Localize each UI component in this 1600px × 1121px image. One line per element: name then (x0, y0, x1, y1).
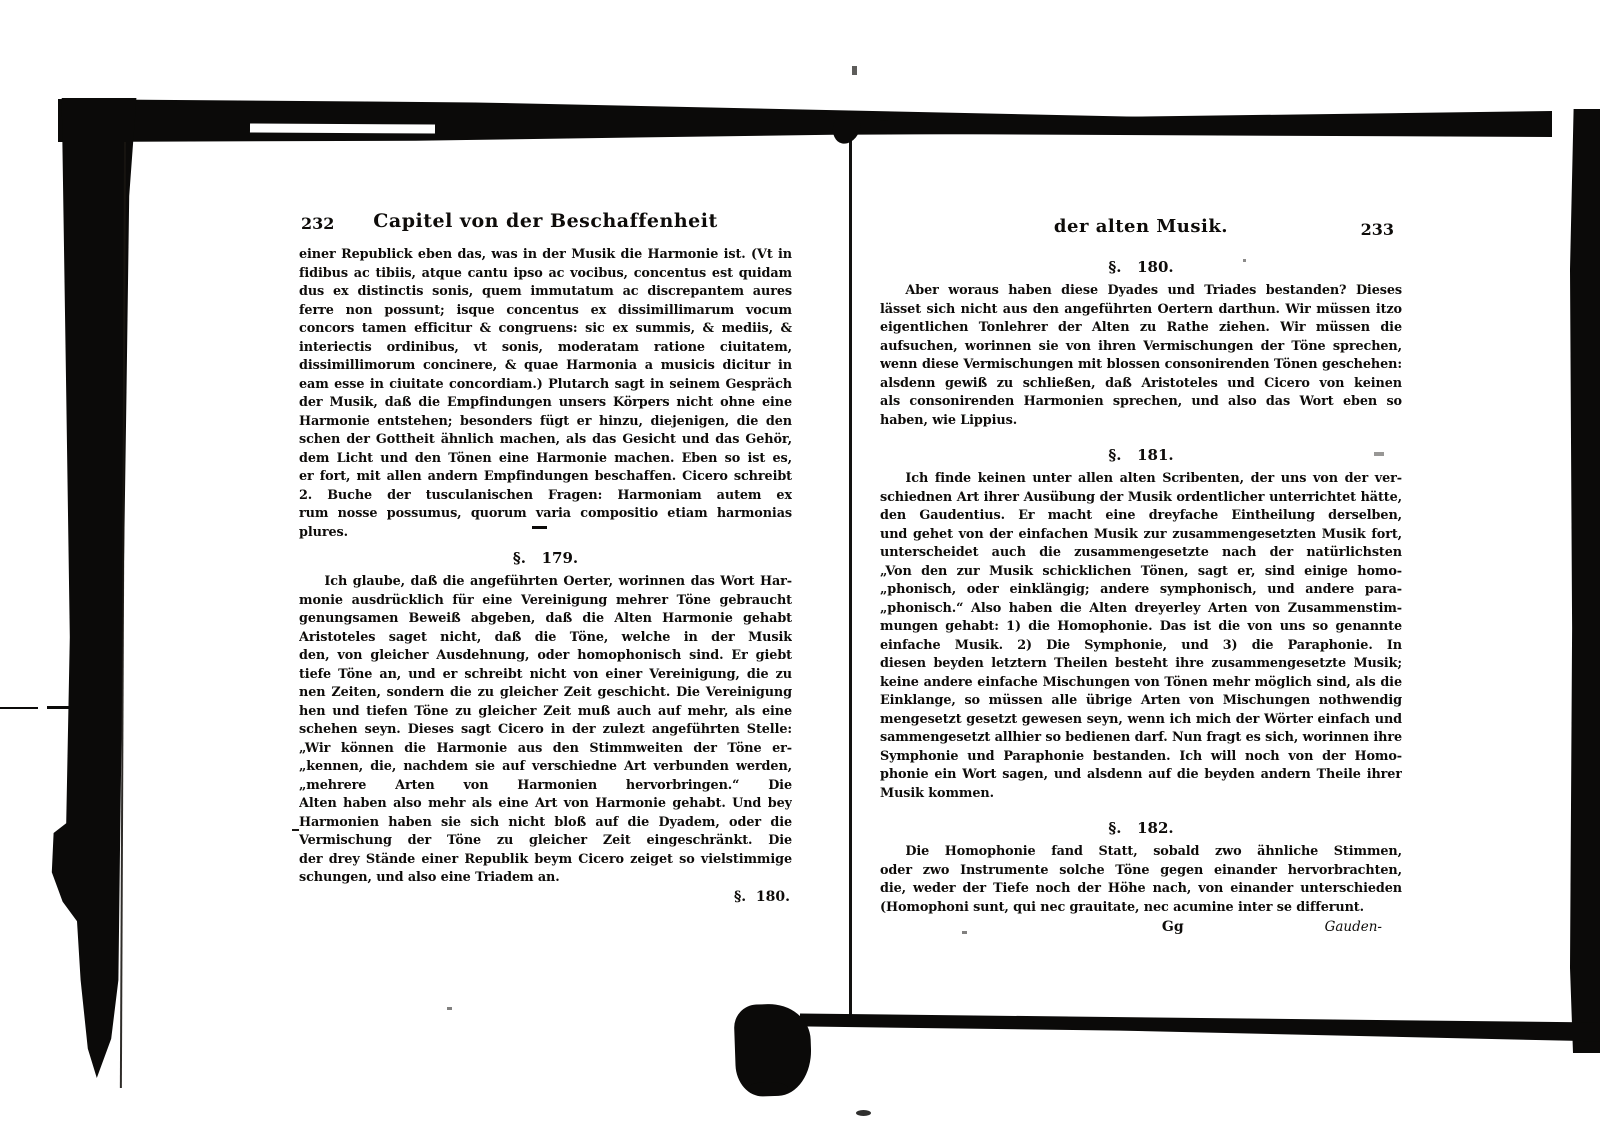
text-line: hen und tiefen Töne zu gleicher Zeit muß… (299, 703, 792, 722)
text-line: Harmonie entstehen; besonders fügt er hi… (299, 413, 792, 432)
scan-artifact-bottom-band (800, 1012, 1600, 1042)
section-heading-181: §. 181. (880, 444, 1402, 466)
text-line: haben, wie Lippius. (880, 412, 1402, 431)
text-line: wenn diese Vermischungen mit blossen con… (880, 356, 1402, 375)
text-line: Die Homophonie fand Statt, sobald zwo äh… (880, 843, 1402, 862)
text-line: diesen beyden letztern Theilen besteht i… (880, 655, 1402, 674)
text-line: schehen seyn. Dieses sagt Cicero in der … (299, 721, 792, 740)
scan-artifact-right-bar (1570, 109, 1600, 1053)
text-line: dissimillimorum concinere, & quae Harmon… (299, 357, 792, 376)
left-page-header: 232 Capitel von der Beschaffenheit (299, 210, 792, 236)
text-line: interiectis ordinibus, vt sonis, moderat… (299, 339, 792, 358)
text-line: Vermischung der Töne zu gleicher Zeit ei… (299, 832, 792, 851)
text-line: keine andere einfache Mischungen von Tön… (880, 674, 1402, 693)
paragraph-180: Aber woraus haben diese Dyades und Triad… (880, 282, 1402, 430)
catchword: Gauden- (1325, 919, 1382, 935)
text-line: Aber woraus haben diese Dyades und Triad… (880, 282, 1402, 301)
scan-artifact-smudge (856, 1110, 871, 1116)
section-heading-180: §. 180. (880, 256, 1402, 278)
text-line: dus ex distinctis sonis, quem immutatum … (299, 283, 792, 302)
text-line: unterscheidet auch die zusammengesetzte … (880, 544, 1402, 563)
text-line: einer Republick eben das, was in der Mus… (299, 246, 792, 265)
page-number: 233 (1361, 220, 1394, 239)
text-line: mengesetzt gesetzt gewesen seyn, wenn ic… (880, 711, 1402, 730)
text-line: aufsuchen, worinnen sie von ihren Vermis… (880, 338, 1402, 357)
text-line: „mehrere Arten von Harmonien hervorbring… (299, 777, 792, 796)
text-line: Einklange, so müssen alle übrige Arten v… (880, 692, 1402, 711)
text-line: einfache Musik. 2) Die Symphonie, und 3)… (880, 637, 1402, 656)
text-line: fidibus ac tibiis, atque cantu ipso ac v… (299, 265, 792, 284)
scan-artifact-gutter-line (849, 128, 852, 1016)
page-footer: Gg Gauden- (880, 919, 1402, 939)
text-line: „phonisch, oder einklängig; andere symph… (880, 581, 1402, 600)
text-line: ferre non possunt; isque concentus ex di… (299, 302, 792, 321)
text-line: als consonirenden Harmonien sprechen, un… (880, 393, 1402, 412)
left-page: 232 Capitel von der Beschaffenheit einer… (299, 210, 792, 905)
text-line: mungen gehabt: 1) die Homophonie. Das is… (880, 618, 1402, 637)
scan-artifact-white-streak (250, 124, 435, 134)
text-line: tiefe Töne an, und er schreibt nicht von… (299, 666, 792, 685)
page-number: 232 (301, 214, 334, 233)
text-line: phonie ein Wort sagen, und alsdenn auf d… (880, 766, 1402, 785)
text-line: „phonisch.“ Also haben die Alten dreyerl… (880, 600, 1402, 619)
scan-artifact-speck (447, 1007, 452, 1010)
catchword: §. 180. (299, 889, 792, 905)
text-line: Aristoteles saget nicht, daß die Töne, w… (299, 629, 792, 648)
section-heading-179: §. 179. (299, 547, 792, 569)
text-line: Ich glaube, daß die angeführten Oerter, … (299, 573, 792, 592)
text-line: nen Zeiten, sondern die zu gleicher Zeit… (299, 684, 792, 703)
text-line: den Gaudentius. Er macht eine dreyfache … (880, 507, 1402, 526)
text-line: der drey Stände einer Republik beym Cice… (299, 851, 792, 870)
text-line: sammengesetzt allhier so bedienen darf. … (880, 729, 1402, 748)
running-title: der alten Musik. (880, 216, 1402, 237)
text-line: er fort, mit allen andern Empfindungen b… (299, 468, 792, 487)
text-line: schiednen Art ihrer Ausübung der Musik o… (880, 489, 1402, 508)
text-line: Harmonien haben sie sich nicht bloß auf … (299, 814, 792, 833)
text-line: rum nosse possumus, quorum varia composi… (299, 505, 792, 524)
paragraph-intro: einer Republick eben das, was in der Mus… (299, 246, 792, 542)
text-line: schungen, und also eine Triadem an. (299, 869, 792, 888)
text-line: eam esse in ciuitate concordiam.) Plutar… (299, 376, 792, 395)
section-heading-182: §. 182. (880, 817, 1402, 839)
text-line: Symphonie und Paraphonie bestanden. Ich … (880, 748, 1402, 767)
text-line: 2. Buche der tusculanischen Fragen: Harm… (299, 487, 792, 506)
text-line: und gehet von der einfachen Musik zur zu… (880, 526, 1402, 545)
text-line: Alten haben also mehr als eine Art von H… (299, 795, 792, 814)
text-line: Musik kommen. (880, 785, 1402, 804)
text-line: eigentlichen Tonlehrer der Alten zu Rath… (880, 319, 1402, 338)
text-line: dem Licht und den Tönen eine Harmonie ma… (299, 450, 792, 469)
text-line: „Wir können die Harmonie aus den Stimmwe… (299, 740, 792, 759)
paragraph-179: Ich glaube, daß die angeführten Oerter, … (299, 573, 792, 888)
text-line: (Homophoni sunt, qui nec grauitate, nec … (880, 899, 1402, 918)
text-line: oder zwo Instrumente solche Töne gegen e… (880, 862, 1402, 881)
text-line: lässet sich nicht aus den angeführten Oe… (880, 301, 1402, 320)
text-line: „Von den zur Musik schicklichen Tönen, s… (880, 563, 1402, 582)
text-line: den, von gleicher Ausdehnung, oder homop… (299, 647, 792, 666)
text-line: alsdenn gewiß zu schließen, daß Aristote… (880, 375, 1402, 394)
scan-artifact-speck (852, 66, 857, 75)
text-line: concors tamen efficitur & congruens: sic… (299, 320, 792, 339)
book-scan: 232 Capitel von der Beschaffenheit einer… (0, 0, 1600, 1121)
scan-artifact-left-bar (50, 98, 140, 1078)
text-line: „kennen, die, nachdem sie auf verschiedn… (299, 758, 792, 777)
text-line: schen der Gottheit ähnlich machen, als d… (299, 431, 792, 450)
paragraph-181: Ich finde keinen unter allen alten Scrib… (880, 470, 1402, 803)
text-line: der Musik, daß die Empfindungen unsers K… (299, 394, 792, 413)
scan-artifact-ink-blob (748, 1082, 788, 1096)
text-line: Ich finde keinen unter allen alten Scrib… (880, 470, 1402, 489)
scan-artifact-speck (292, 829, 299, 831)
text-line: monie ausdrücklich für eine Vereinigung … (299, 592, 792, 611)
text-line: plures. (299, 524, 792, 543)
text-line: die, weder der Tiefe noch der Höhe nach,… (880, 880, 1402, 899)
right-page: der alten Musik. 233 §. 180. Aber woraus… (880, 216, 1402, 939)
running-title: Capitel von der Beschaffenheit (299, 210, 792, 232)
scan-artifact-margin-dash (47, 706, 93, 709)
right-page-header: der alten Musik. 233 (880, 216, 1402, 242)
text-line: genungsamen Beweiß abgeben, daß die Alte… (299, 610, 792, 629)
scan-artifact-margin-dash (0, 707, 38, 709)
signature-mark: Gg (1162, 919, 1184, 935)
paragraph-182: Die Homophonie fand Statt, sobald zwo äh… (880, 843, 1402, 917)
